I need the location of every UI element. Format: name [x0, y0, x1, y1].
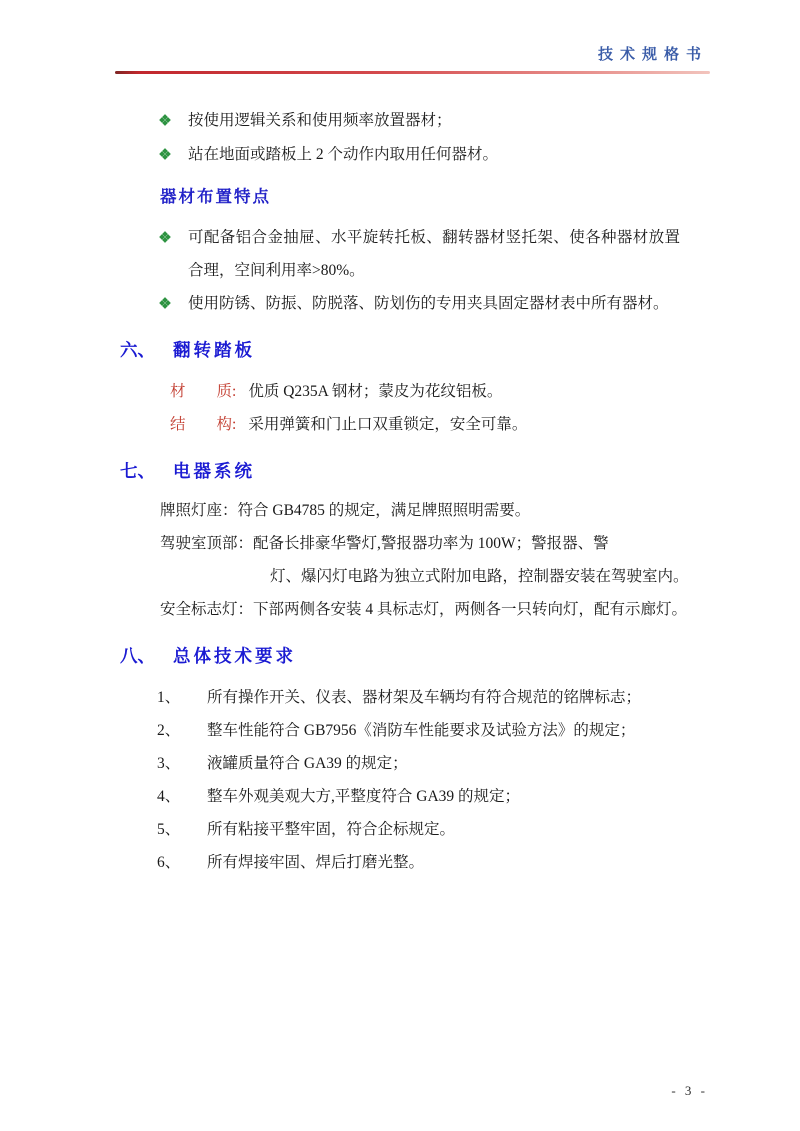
spec-label: 材 质: [170, 383, 236, 400]
bullet-text: 站在地面或踏板上 2 个动作内取用任何器材。 [188, 138, 680, 171]
body-line: 牌照灯座：符合 GB4785 的规定，满足牌照照明需要。 [160, 494, 710, 527]
spec-label: 结 构: [170, 416, 236, 433]
spec-row: 材 质:优质 Q235A 钢材；蒙皮为花纹铝板。 [170, 375, 710, 408]
section-6-body: 材 质:优质 Q235A 钢材；蒙皮为花纹铝板。 结 构:采用弹簧和门止口双重锁… [115, 375, 710, 441]
sub-heading-equipment-layout: 器材布置特点 [160, 185, 710, 209]
spec-value: 优质 Q235A 钢材；蒙皮为花纹铝板。 [248, 383, 502, 400]
section-heading-8: 八、总体技术要求 [120, 643, 710, 669]
item-text: 液罐质量符合 GA39 的规定； [207, 747, 408, 780]
layout-bullet-list: 可配备铝合金抽屉、水平旋转托板、翻转器材竖托架、使各种器材放置合理，空间利用率>… [115, 221, 710, 320]
document-page: 技术规格书 按使用逻辑关系和使用频率放置器材； 站在地面或踏板上 2 个动作内取… [0, 0, 800, 1131]
body-line: 安全标志灯：下部两侧各安装 4 具标志灯，两侧各一只转向灯，配有示廊灯。 [160, 593, 710, 626]
numbered-item: 2、整车性能符合 GB7956《消防车性能要求及试验方法》的规定； [157, 714, 710, 747]
item-number: 5、 [157, 813, 207, 846]
item-number: 3、 [157, 747, 207, 780]
item-text: 所有焊接牢固、焊后打磨光整。 [207, 846, 424, 879]
item-number: 6、 [157, 846, 207, 879]
section-title: 电器系统 [173, 461, 255, 481]
item-text: 整车性能符合 GB7956《消防车性能要求及试验方法》的规定； [207, 714, 635, 747]
body-line: 驾驶室顶部：配备长排豪华警灯,警报器功率为 100W；警报器、警 [160, 527, 710, 560]
item-number: 2、 [157, 714, 207, 747]
section-title: 翻转踏板 [173, 340, 255, 360]
spec-value: 采用弹簧和门止口双重锁定，安全可靠。 [248, 416, 527, 433]
diamond-bullet-icon [160, 115, 170, 125]
numbered-item: 5、所有粘接平整牢固，符合企标规定。 [157, 813, 710, 846]
diamond-bullet-icon [160, 232, 170, 242]
item-text: 所有粘接平整牢固，符合企标规定。 [207, 813, 455, 846]
section-heading-7: 七、电器系统 [120, 458, 710, 484]
numbered-item: 4、整车外观美观大方,平整度符合 GA39 的规定； [157, 780, 710, 813]
section-number: 七、 [120, 461, 155, 481]
item-text: 所有操作开关、仪表、器材架及车辆均有符合规范的铭牌标志； [207, 681, 641, 714]
bullet-item: 按使用逻辑关系和使用频率放置器材； [160, 104, 710, 137]
section-number: 八、 [120, 646, 155, 666]
page-header-title: 技术规格书 [115, 45, 710, 65]
item-text: 整车外观美观大方,平整度符合 GA39 的规定； [207, 780, 520, 813]
section-7-body: 牌照灯座：符合 GB4785 的规定，满足牌照照明需要。 驾驶室顶部：配备长排豪… [115, 494, 710, 626]
bullet-item: 站在地面或踏板上 2 个动作内取用任何器材。 [160, 138, 710, 171]
diamond-bullet-icon [160, 298, 170, 308]
section-heading-6: 六、翻转踏板 [120, 337, 710, 363]
bullet-item: 可配备铝合金抽屉、水平旋转托板、翻转器材竖托架、使各种器材放置合理，空间利用率>… [160, 221, 710, 287]
bullet-item: 使用防锈、防振、防脱落、防划伤的专用夹具固定器材表中所有器材。 [160, 287, 710, 320]
numbered-item: 6、所有焊接牢固、焊后打磨光整。 [157, 846, 710, 879]
section-number: 六、 [120, 340, 155, 360]
item-number: 1、 [157, 681, 207, 714]
item-number: 4、 [157, 780, 207, 813]
diamond-bullet-icon [160, 149, 170, 159]
bullet-text: 按使用逻辑关系和使用频率放置器材； [188, 104, 680, 137]
bullet-text: 可配备铝合金抽屉、水平旋转托板、翻转器材竖托架、使各种器材放置合理，空间利用率>… [188, 221, 680, 287]
numbered-item: 1、所有操作开关、仪表、器材架及车辆均有符合规范的铭牌标志； [157, 681, 710, 714]
section-title: 总体技术要求 [173, 646, 296, 666]
header-rule-divider [115, 71, 710, 74]
spec-row: 结 构:采用弹簧和门止口双重锁定，安全可靠。 [170, 408, 710, 441]
bullet-text: 使用防锈、防振、防脱落、防划伤的专用夹具固定器材表中所有器材。 [188, 287, 680, 320]
numbered-item: 3、液罐质量符合 GA39 的规定； [157, 747, 710, 780]
intro-bullet-list: 按使用逻辑关系和使用频率放置器材； 站在地面或踏板上 2 个动作内取用任何器材。 [115, 104, 710, 171]
body-line-continuation: 灯、爆闪灯电路为独立式附加电路，控制器安装在驾驶室内。 [270, 560, 710, 593]
page-number: - 3 - [671, 1083, 708, 1099]
section-8-body: 1、所有操作开关、仪表、器材架及车辆均有符合规范的铭牌标志； 2、整车性能符合 … [115, 681, 710, 879]
